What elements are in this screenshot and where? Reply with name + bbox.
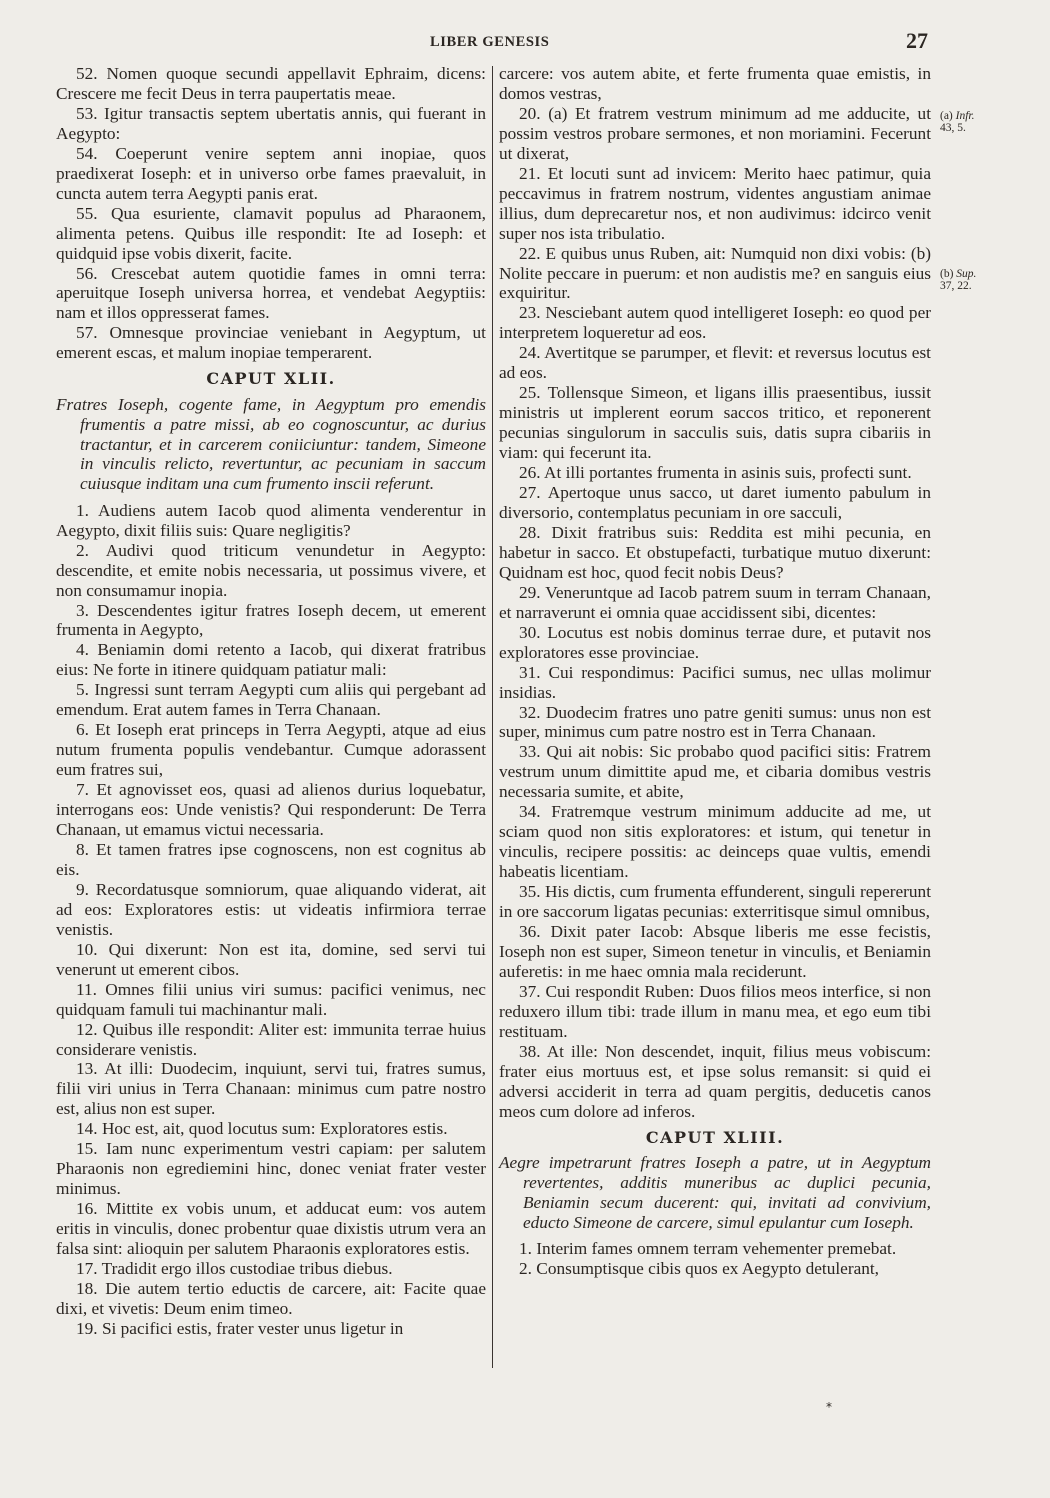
verse: 16. Mittite ex vobis unum, et adducat eu… xyxy=(56,1199,486,1259)
verse-number: 27. xyxy=(519,483,541,502)
verse-number: 55. xyxy=(76,204,98,223)
verse-text: Dixit fratribus suis: Reddita est mihi p… xyxy=(499,523,931,582)
verse: 37. Cui respondit Ruben: Duos filios meo… xyxy=(499,982,931,1042)
verse-number: 31. xyxy=(519,663,541,682)
verse-text: Quibus ille respondit: Aliter est: immun… xyxy=(56,1020,486,1059)
verse-text: Dixit pater Iacob: Absque liberis me ess… xyxy=(499,922,931,981)
verse-number: 32. xyxy=(519,703,541,722)
verse-number: 14. xyxy=(76,1119,98,1138)
verse: 13. At illi: Duodecim, inquiunt, servi t… xyxy=(56,1059,486,1119)
verse-number: 8. xyxy=(76,840,89,859)
margin-note-b: (b) Sup. 37, 22. xyxy=(940,268,1030,292)
verse-text: Avertitque se parumper, et flevit: et re… xyxy=(499,343,931,382)
verse-number: 7. xyxy=(76,780,89,799)
verse-text: Et agnovisset eos, quasi ad alienos duri… xyxy=(56,780,486,839)
verse: 19. Si pacifici estis, frater vester unu… xyxy=(56,1319,486,1339)
verse: 14. Hoc est, ait, quod locutus sum: Expl… xyxy=(56,1119,486,1139)
verse: 20. (a) Et fratrem vestrum minimum ad me… xyxy=(499,104,931,164)
verse-text: Igitur transactis septem ubertatis annis… xyxy=(56,104,486,143)
verse: 32. Duodecim fratres uno patre geniti su… xyxy=(499,703,931,743)
verse-number: 11. xyxy=(76,980,97,999)
right-column: carcere: vos autem abite, et ferte frume… xyxy=(499,64,931,1279)
verse: 36. Dixit pater Iacob: Absque liberis me… xyxy=(499,922,931,982)
verse-number: 33. xyxy=(519,742,541,761)
verse: 5. Ingressi sunt terram Aegypti cum alii… xyxy=(56,680,486,720)
verse-continuation: carcere: vos autem abite, et ferte frume… xyxy=(499,64,931,104)
verse-number: 22. xyxy=(519,244,541,263)
verse-text: Si pacifici estis, frater vester unus li… xyxy=(102,1319,403,1338)
verse: 54. Coeperunt venire septem anni inopiae… xyxy=(56,144,486,204)
verse-text: Die autem tertio eductis de carcere, ait… xyxy=(56,1279,486,1318)
verse-number: 12. xyxy=(76,1020,98,1039)
verse: 2. Audivi quod triticum venundetur in Ae… xyxy=(56,541,486,601)
verse: 28. Dixit fratribus suis: Reddita est mi… xyxy=(499,523,931,583)
verse: 35. His dictis, cum frumenta effunderent… xyxy=(499,882,931,922)
running-title: LIBER GENESIS xyxy=(430,34,549,51)
verse-number: 18. xyxy=(76,1279,98,1298)
verse-number: 3. xyxy=(76,601,89,620)
verse: 2. Consumptisque cibis quos ex Aegypto d… xyxy=(499,1259,931,1279)
verse-text: Et Ioseph erat princeps in Terra Aegypti… xyxy=(56,720,486,779)
verse-number: 25. xyxy=(519,383,541,402)
verse: 11. Omnes filii unius viri sumus: pacifi… xyxy=(56,980,486,1020)
page-number: 27 xyxy=(906,28,928,54)
verse-text: Omnes filii unius viri sumus: pacifici v… xyxy=(56,980,486,1019)
verse-number: 56. xyxy=(76,264,98,283)
verse-text: Audiens autem Iacob quod alimenta vender… xyxy=(56,501,486,540)
verse: 1. Interim fames omnem terram vehementer… xyxy=(499,1239,931,1259)
verse-number: 21. xyxy=(519,164,541,183)
chapter-argument-43: Aegre impetrarunt fratres Ioseph a patre… xyxy=(499,1153,931,1232)
verse-number: 19. xyxy=(76,1319,98,1338)
verses-chapter-41: 52. Nomen quoque secundi appellavit Ephr… xyxy=(56,64,486,363)
verse: 25. Tollensque Simeon, et ligans illis p… xyxy=(499,383,931,463)
verse-text: Consumptisque cibis quos ex Aegypto detu… xyxy=(536,1259,879,1278)
verse-text: Ingressi sunt terram Aegypti cum aliis q… xyxy=(56,680,486,719)
verse: 26. At illi portantes frumenta in asinis… xyxy=(499,463,931,483)
verse-number: 54. xyxy=(76,144,98,163)
verse: 23. Nesciebant autem quod intelligeret I… xyxy=(499,303,931,343)
verse-text: Interim fames omnem terram vehementer pr… xyxy=(536,1239,896,1258)
signature-mark: * xyxy=(826,1400,832,1414)
verse-text: Duodecim fratres uno patre geniti sumus:… xyxy=(499,703,931,742)
verse: 29. Veneruntque ad Iacob patrem suum in … xyxy=(499,583,931,623)
chapter-heading-42: CAPUT XLII. xyxy=(56,369,486,389)
verse-text: Nesciebant autem quod intelligeret Iosep… xyxy=(499,303,931,342)
verse: 15. Iam nunc experimentum vestri capiam:… xyxy=(56,1139,486,1199)
verse-text: Cui respondimus: Pacifici sumus, nec ull… xyxy=(499,663,931,702)
verse-number: 30. xyxy=(519,623,541,642)
verse: 56. Crescebat autem quotidie fames in om… xyxy=(56,264,486,324)
verse-number: 26. xyxy=(519,463,541,482)
verse-number: 6. xyxy=(76,720,89,739)
verse-text: Coeperunt venire septem anni inopiae, qu… xyxy=(56,144,486,203)
verse-text: Nomen quoque secundi appellavit Ephraim,… xyxy=(56,64,486,103)
verse-text: Apertoque unus sacco, ut daret iumento p… xyxy=(499,483,931,522)
verse-text: His dictis, cum frumenta effunderent, si… xyxy=(499,882,931,921)
verse-text: Iam nunc experimentum vestri capiam: per… xyxy=(56,1139,486,1198)
verse: 3. Descendentes igitur fratres Ioseph de… xyxy=(56,601,486,641)
verse: 12. Quibus ille respondit: Aliter est: i… xyxy=(56,1020,486,1060)
page-header: LIBER GENESIS 27 xyxy=(0,32,1050,56)
verse-number: 10. xyxy=(76,940,98,959)
verse: 18. Die autem tertio eductis de carcere,… xyxy=(56,1279,486,1319)
margin-note-mark: (b) xyxy=(940,268,953,280)
verse-number: 9. xyxy=(76,880,89,899)
verse-text: At illi: Duodecim, inquiunt, servi tui, … xyxy=(56,1059,486,1118)
verse: 33. Qui ait nobis: Sic probabo quod paci… xyxy=(499,742,931,802)
verse: 27. Apertoque unus sacco, ut daret iumen… xyxy=(499,483,931,523)
verse: 52. Nomen quoque secundi appellavit Ephr… xyxy=(56,64,486,104)
verse-number: 29. xyxy=(519,583,541,602)
verse: 57. Omnesque provinciae veniebant in Aeg… xyxy=(56,323,486,363)
verse: 7. Et agnovisset eos, quasi ad alienos d… xyxy=(56,780,486,840)
verse: 55. Qua esuriente, clamavit populus ad P… xyxy=(56,204,486,264)
verse-number: 37. xyxy=(519,982,541,1001)
chapter-heading-43: CAPUT XLIII. xyxy=(499,1128,931,1148)
verse: 22. E quibus unus Ruben, ait: Numquid no… xyxy=(499,244,931,304)
verse-number: 52. xyxy=(76,64,98,83)
verse-text: Tradidit ergo illos custodiae tribus die… xyxy=(102,1259,393,1278)
verse-number: 13. xyxy=(76,1059,98,1078)
verse-text: Hoc est, ait, quod locutus sum: Explorat… xyxy=(102,1119,448,1138)
verse-text: Crescebat autem quotidie fames in omni t… xyxy=(56,264,486,323)
margin-note-ref: Infr. xyxy=(956,110,975,122)
verse: 34. Fratremque vestrum minimum adducite … xyxy=(499,802,931,882)
verse-text: Qui ait nobis: Sic probabo quod pacifici… xyxy=(499,742,931,801)
left-column: 52. Nomen quoque secundi appellavit Ephr… xyxy=(56,64,486,1339)
verse-text: Fratremque vestrum minimum adducite ad m… xyxy=(499,802,931,881)
verse: 9. Recordatusque somniorum, quae aliquan… xyxy=(56,880,486,940)
margin-note-location: 37, 22. xyxy=(940,280,1030,292)
column-divider xyxy=(492,66,493,1368)
margin-note-ref: Sup. xyxy=(956,268,976,280)
verse: 21. Et locuti sunt ad invicem: Merito ha… xyxy=(499,164,931,244)
verse: 6. Et Ioseph erat princeps in Terra Aegy… xyxy=(56,720,486,780)
verse-number: 34. xyxy=(519,802,541,821)
verse-text: Omnesque provinciae veniebant in Aegyptu… xyxy=(56,323,486,362)
verse-text: Tollensque Simeon, et ligans illis praes… xyxy=(499,383,931,462)
verse-number: 15. xyxy=(76,1139,98,1158)
verse: 17. Tradidit ergo illos custodiae tribus… xyxy=(56,1259,486,1279)
verse-number: 4. xyxy=(76,640,89,659)
verse: 53. Igitur transactis septem ubertatis a… xyxy=(56,104,486,144)
verses-chapter-42-cont: 20. (a) Et fratrem vestrum minimum ad me… xyxy=(499,104,931,1122)
verse-number: 5. xyxy=(76,680,89,699)
verse: 24. Avertitque se parumper, et flevit: e… xyxy=(499,343,931,383)
verse-text: Recordatusque somniorum, quae aliquando … xyxy=(56,880,486,939)
verse-text: Audivi quod triticum venundetur in Aegyp… xyxy=(56,541,486,600)
verse: 1. Audiens autem Iacob quod alimenta ven… xyxy=(56,501,486,541)
verse-number: 16. xyxy=(76,1199,98,1218)
verse-number: 23. xyxy=(519,303,541,322)
verse-text: Locutus est nobis dominus terrae dure, e… xyxy=(499,623,931,662)
verse-number: 20. xyxy=(519,104,541,123)
verse-number: 2. xyxy=(519,1259,532,1278)
verse-text: Beniamin domi retento a Iacob, qui dixer… xyxy=(56,640,486,679)
verse: 8. Et tamen fratres ipse cognoscens, non… xyxy=(56,840,486,880)
verse-number: 1. xyxy=(519,1239,532,1258)
verse-number: 53. xyxy=(76,104,98,123)
verse-text: E quibus unus Ruben, ait: Numquid non di… xyxy=(499,244,931,303)
verse-text: At ille: Non descendet, inquit, filius m… xyxy=(499,1042,931,1121)
verses-chapter-43: 1. Interim fames omnem terram vehementer… xyxy=(499,1239,931,1279)
verse: 30. Locutus est nobis dominus terrae dur… xyxy=(499,623,931,663)
verse-text: Et tamen fratres ipse cognoscens, non es… xyxy=(56,840,486,879)
verses-chapter-42: 1. Audiens autem Iacob quod alimenta ven… xyxy=(56,501,486,1339)
verse-number: 24. xyxy=(519,343,541,362)
verse-text: Et locuti sunt ad invicem: Merito haec p… xyxy=(499,164,931,243)
verse: 38. At ille: Non descendet, inquit, fili… xyxy=(499,1042,931,1122)
chapter-argument-42: Fratres Ioseph, cogente fame, in Aegyptu… xyxy=(56,395,486,494)
verse-number: 2. xyxy=(76,541,89,560)
verse-number: 1. xyxy=(76,501,89,520)
verse-number: 36. xyxy=(519,922,541,941)
margin-note-mark: (a) xyxy=(940,110,953,122)
verse-text: Mittite ex vobis unum, et adducat eum: v… xyxy=(56,1199,486,1258)
verse: 31. Cui respondimus: Pacifici sumus, nec… xyxy=(499,663,931,703)
verse-text: At illi portantes frumenta in asinis sui… xyxy=(544,463,912,482)
verse-number: 35. xyxy=(519,882,541,901)
verse-number: 28. xyxy=(519,523,541,542)
verse-number: 17. xyxy=(76,1259,98,1278)
margin-note-location: 43, 5. xyxy=(940,122,1030,134)
verse-number: 57. xyxy=(76,323,98,342)
verse: 10. Qui dixerunt: Non est ita, domine, s… xyxy=(56,940,486,980)
verse-text: Veneruntque ad Iacob patrem suum in terr… xyxy=(499,583,931,622)
verse-number: 38. xyxy=(519,1042,541,1061)
verse: 4. Beniamin domi retento a Iacob, qui di… xyxy=(56,640,486,680)
verse-text: Descendentes igitur fratres Ioseph decem… xyxy=(56,601,486,640)
verse-text: Qui dixerunt: Non est ita, domine, sed s… xyxy=(56,940,486,979)
verse-text: (a) Et fratrem vestrum minimum ad me add… xyxy=(499,104,931,163)
margin-note-a: (a) Infr. 43, 5. xyxy=(940,110,1030,134)
verse-text: Qua esuriente, clamavit populus ad Phara… xyxy=(56,204,486,263)
verse-text: Cui respondit Ruben: Duos filios meos in… xyxy=(499,982,931,1041)
